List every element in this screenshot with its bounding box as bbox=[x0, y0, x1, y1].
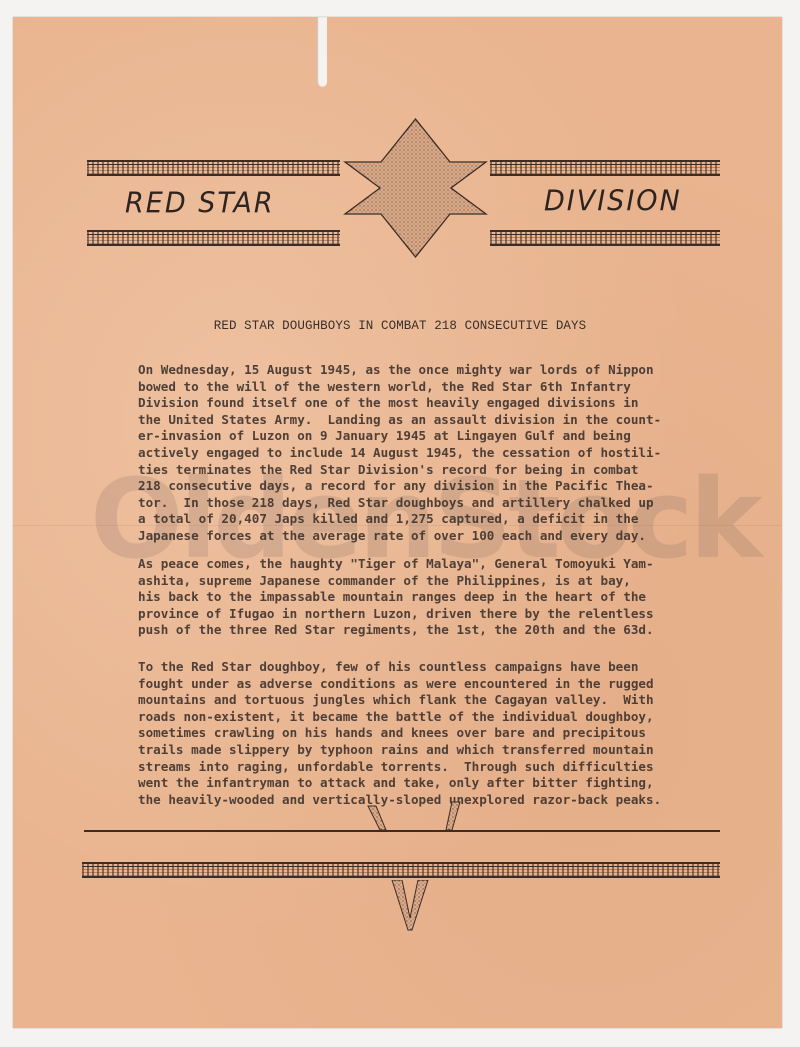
paper-slit bbox=[317, 17, 327, 87]
paragraph-1: On Wednesday, 15 August 1945, as the onc… bbox=[138, 362, 698, 545]
paragraph-3: To the Red Star doughboy, few of his cou… bbox=[138, 659, 698, 808]
header-band-right-bottom bbox=[490, 230, 720, 246]
header-band-left-top bbox=[87, 160, 340, 176]
header-red-star: RED STAR bbox=[125, 187, 275, 220]
footer-band bbox=[82, 862, 720, 878]
v-for-victory-icon bbox=[360, 800, 470, 834]
six-pointed-star-icon bbox=[343, 117, 488, 259]
header-division: DIVISION bbox=[544, 185, 682, 218]
header-band-right-top bbox=[490, 160, 720, 176]
paragraph-2: As peace comes, the haughty "Tiger of Ma… bbox=[138, 556, 698, 639]
header-band-left-bottom bbox=[87, 230, 340, 246]
document-title: RED STAR DOUGHBOYS IN COMBAT 218 CONSECU… bbox=[0, 319, 800, 333]
v-emblem-icon bbox=[390, 880, 430, 932]
footer-rule bbox=[84, 830, 720, 832]
